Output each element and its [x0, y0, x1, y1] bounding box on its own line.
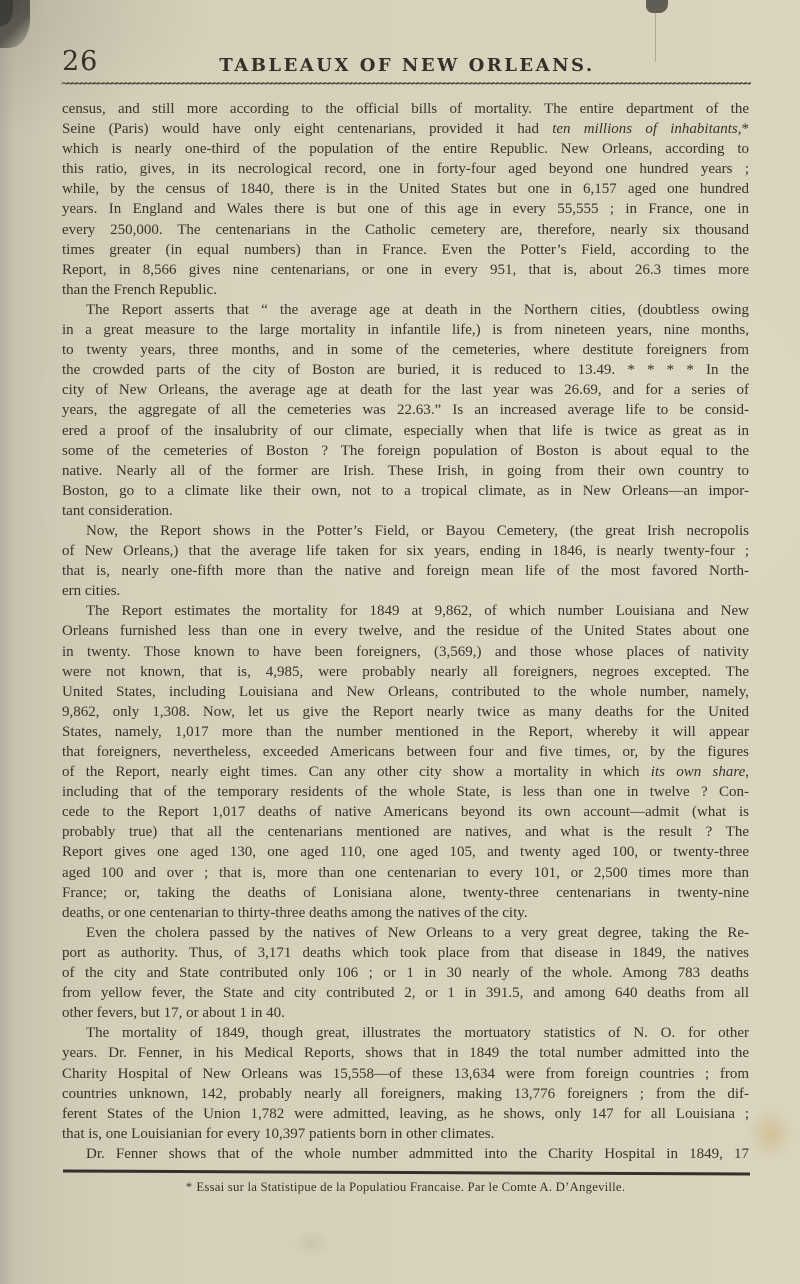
- text-line: aged 100 and over ; that is, more than o…: [62, 863, 749, 883]
- paper-stain: [292, 1230, 332, 1256]
- text-run: in a great measure to the large mortalit…: [62, 322, 749, 338]
- text-line: than the French Republic.: [62, 280, 749, 300]
- paragraph: Dr. Fenner shows that of the whole numbe…: [62, 1144, 749, 1164]
- text-run: aged 100 and over ; that is, more than o…: [62, 865, 749, 881]
- text-line: ered a proof of the insalubrity of our c…: [62, 421, 749, 441]
- text-line: in twenty. Those known to have been fore…: [62, 642, 749, 662]
- text-line: The mortality of 1849, though great, ill…: [62, 1023, 749, 1043]
- text-run: some of the cemeteries of Boston ? The f…: [62, 443, 749, 459]
- text-line: in a great measure to the large mortalit…: [62, 320, 749, 340]
- text-line: some of the cemeteries of Boston ? The f…: [62, 441, 749, 461]
- text-run: 9,862, only 1,308. Now, let us give the …: [62, 704, 749, 720]
- text-line: other fevers, but 17, or about 1 in 40.: [62, 1003, 749, 1023]
- text-line: this ratio, gives, in its necrological r…: [62, 159, 749, 179]
- text-line: Boston, go to a climate like their own, …: [62, 481, 749, 501]
- text-line: that foreigners, nevertheless, exceeded …: [62, 742, 749, 762]
- text-run: Now, the Report shows in the Potter’s Fi…: [86, 523, 749, 539]
- text-run: ferent States of the Union 1,782 were ad…: [62, 1106, 749, 1122]
- text-line: of the Report, nearly eight times. Can a…: [62, 762, 749, 782]
- text-run: probably true) that all the centenarians…: [62, 824, 749, 840]
- text-run: The mortality of 1849, though great, ill…: [86, 1025, 749, 1041]
- text-line: States, namely, 1,017 more than the numb…: [62, 722, 749, 742]
- text-run: The Report estimates the mortality for 1…: [86, 603, 749, 619]
- text-line: Even the cholera passed by the natives o…: [62, 923, 749, 943]
- text-line: Report gives one aged 130, one aged 110,…: [62, 842, 749, 862]
- scan-edge-mark: [646, 0, 668, 13]
- text-line: of the city and State contributed only 1…: [62, 963, 749, 983]
- text-line: The Report estimates the mortality for 1…: [62, 601, 749, 621]
- text-line: ern cities.: [62, 581, 749, 601]
- text-run: Boston, go to a climate like their own, …: [62, 483, 749, 499]
- text-line: Report, in 8,566 gives nine centenarians…: [62, 260, 749, 280]
- italic-text-run: ten millions of inhabitants,: [552, 121, 741, 137]
- text-line: France; or, taking the deaths of Lonisia…: [62, 883, 749, 903]
- italic-text-run: its own share: [651, 764, 745, 780]
- footnote-text: Essai sur la Statistipue de la Populatio…: [196, 1180, 625, 1194]
- text-line: years. Dr. Fenner, in his Medical Report…: [62, 1043, 749, 1063]
- text-run: Dr. Fenner shows that of the whole numbe…: [86, 1146, 749, 1162]
- text-run: of the city and State contributed only 1…: [62, 965, 749, 981]
- text-line: cede to the Report 1,017 deaths of nativ…: [62, 802, 749, 822]
- book-page: 26 TABLEAUX OF NEW ORLEANS. ~~~~~~~~~~~~…: [0, 0, 800, 1284]
- text-run: years. In England and Wales there is but…: [62, 201, 749, 217]
- text-run: to twenty years, three months, and in so…: [62, 342, 749, 358]
- paragraph: Now, the Report shows in the Potter’s Fi…: [62, 521, 749, 601]
- footnote-rule: [63, 1170, 750, 1176]
- text-line: that is, nearly one-fifth more than the …: [62, 561, 749, 581]
- text-run: of New Orleans,) that the average life t…: [62, 543, 749, 559]
- text-run: deaths, or one centenarian to thirty-thr…: [62, 905, 528, 921]
- text-run: than the French Republic.: [62, 282, 217, 298]
- text-run: from yellow fever, the State and city co…: [62, 985, 749, 1001]
- text-line: census, and still more according to the …: [62, 99, 749, 119]
- text-run: port as authority. Thus, of 3,171 deaths…: [62, 945, 749, 961]
- text-run: census, and still more according to the …: [62, 101, 749, 117]
- text-run: United States, including Louisiana and N…: [62, 684, 749, 700]
- text-line: The Report asserts that “ the average ag…: [62, 300, 749, 320]
- text-run: which is nearly one-third of the populat…: [62, 141, 749, 157]
- text-line: which is nearly one-third of the populat…: [62, 139, 749, 159]
- text-line: the crowded parts of the city of Boston …: [62, 360, 749, 380]
- text-line: Seine (Paris) would have only eight cent…: [62, 119, 749, 139]
- text-run: Seine (Paris) would have only eight cent…: [62, 121, 552, 137]
- text-run: native. Nearly all of the former are Iri…: [62, 463, 749, 479]
- text-run: France; or, taking the deaths of Lonisia…: [62, 885, 749, 901]
- text-run: Report, in 8,566 gives nine centenarians…: [62, 262, 749, 278]
- text-line: times greater (in equal numbers) than in…: [62, 240, 749, 260]
- text-line: that is, one Louisianian for every 10,39…: [62, 1124, 749, 1144]
- text-run: in twenty. Those known to have been fore…: [62, 644, 749, 660]
- body-text: census, and still more according to the …: [62, 99, 749, 1164]
- paragraph: The Report asserts that “ the average ag…: [62, 300, 749, 521]
- text-line: years. In England and Wales there is but…: [62, 199, 749, 219]
- text-run: tant consideration.: [62, 503, 173, 519]
- text-line: from yellow fever, the State and city co…: [62, 983, 749, 1003]
- paragraph: The Report estimates the mortality for 1…: [62, 601, 749, 923]
- text-line: were not known, that is, 4,985, were pro…: [62, 662, 749, 682]
- text-line: Now, the Report shows in the Potter’s Fi…: [62, 521, 749, 541]
- text-line: city of New Orleans, the average age at …: [62, 380, 749, 400]
- wavy-divider: ~~~~~~~~~~~~~~~~~~~~~~~~~~~~~~~~~~~~~~~~…: [61, 79, 751, 92]
- text-run: years. Dr. Fenner, in his Medical Report…: [62, 1045, 749, 1061]
- text-line: 9,862, only 1,308. Now, let us give the …: [62, 702, 749, 722]
- text-run: ,: [745, 764, 749, 780]
- text-line: years, the aggregate of all the cemeteri…: [62, 400, 749, 420]
- text-run: Orleans furnished less than one in every…: [62, 623, 749, 639]
- paper-stain: [748, 1108, 794, 1160]
- text-run: Report gives one aged 130, one aged 110,…: [62, 844, 749, 860]
- text-run: countries unknown, 142, probably nearly …: [62, 1086, 749, 1102]
- text-run: of the Report, nearly eight times. Can a…: [62, 764, 651, 780]
- text-run: other fevers, but 17, or about 1 in 40.: [62, 1005, 285, 1021]
- text-line: port as authority. Thus, of 3,171 deaths…: [62, 943, 749, 963]
- text-run: Charity Hospital of New Orleans was 15,5…: [62, 1066, 749, 1082]
- text-run: years, the aggregate of all the cemeteri…: [62, 402, 749, 418]
- text-line: Charity Hospital of New Orleans was 15,5…: [62, 1064, 749, 1084]
- text-line: deaths, or one centenarian to thirty-thr…: [62, 903, 749, 923]
- paragraph: Even the cholera passed by the natives o…: [62, 923, 749, 1023]
- text-line: United States, including Louisiana and N…: [62, 682, 749, 702]
- text-run: city of New Orleans, the average age at …: [62, 382, 749, 398]
- text-line: to twenty years, three months, and in so…: [62, 340, 749, 360]
- text-line: ferent States of the Union 1,782 were ad…: [62, 1104, 749, 1124]
- text-run: ern cities.: [62, 583, 120, 599]
- running-title: TABLEAUX OF NEW ORLEANS.: [62, 55, 752, 76]
- text-run: were not known, that is, 4,985, were pro…: [62, 664, 749, 680]
- text-run: that foreigners, nevertheless, exceeded …: [62, 744, 749, 760]
- text-run: this ratio, gives, in its necrological r…: [62, 161, 749, 177]
- text-run: The Report asserts that “ the average ag…: [86, 302, 749, 318]
- text-run: that is, nearly one-fifth more than the …: [62, 563, 749, 579]
- text-run: every 250,000. The centenarians in the C…: [62, 222, 749, 238]
- text-run: cede to the Report 1,017 deaths of nativ…: [62, 804, 749, 820]
- text-line: every 250,000. The centenarians in the C…: [62, 220, 749, 240]
- text-run: while, by the census of 1840, there is i…: [62, 181, 749, 197]
- text-run: ered a proof of the insalubrity of our c…: [62, 423, 749, 439]
- text-run: *: [742, 121, 750, 137]
- text-line: probably true) that all the centenarians…: [62, 822, 749, 842]
- text-line: tant consideration.: [62, 501, 749, 521]
- text-run: Even the cholera passed by the natives o…: [86, 925, 749, 941]
- text-line: while, by the census of 1840, there is i…: [62, 179, 749, 199]
- text-line: of New Orleans,) that the average life t…: [62, 541, 749, 561]
- text-run: times greater (in equal numbers) than in…: [62, 242, 749, 258]
- text-run: the crowded parts of the city of Boston …: [62, 362, 749, 378]
- footnote: *Essai sur la Statistipue de la Populati…: [62, 1180, 749, 1195]
- text-line: countries unknown, 142, probably nearly …: [62, 1084, 749, 1104]
- paragraph: census, and still more according to the …: [62, 99, 749, 300]
- text-line: including that of the temporary resident…: [62, 782, 749, 802]
- text-line: Dr. Fenner shows that of the whole numbe…: [62, 1144, 749, 1164]
- paragraph: The mortality of 1849, though great, ill…: [62, 1023, 749, 1144]
- text-run: including that of the temporary resident…: [62, 784, 749, 800]
- footnote-marker: *: [186, 1180, 197, 1194]
- text-run: States, namely, 1,017 more than the numb…: [62, 724, 749, 740]
- text-run: that is, one Louisianian for every 10,39…: [62, 1126, 494, 1142]
- text-line: native. Nearly all of the former are Iri…: [62, 461, 749, 481]
- text-line: Orleans furnished less than one in every…: [62, 621, 749, 641]
